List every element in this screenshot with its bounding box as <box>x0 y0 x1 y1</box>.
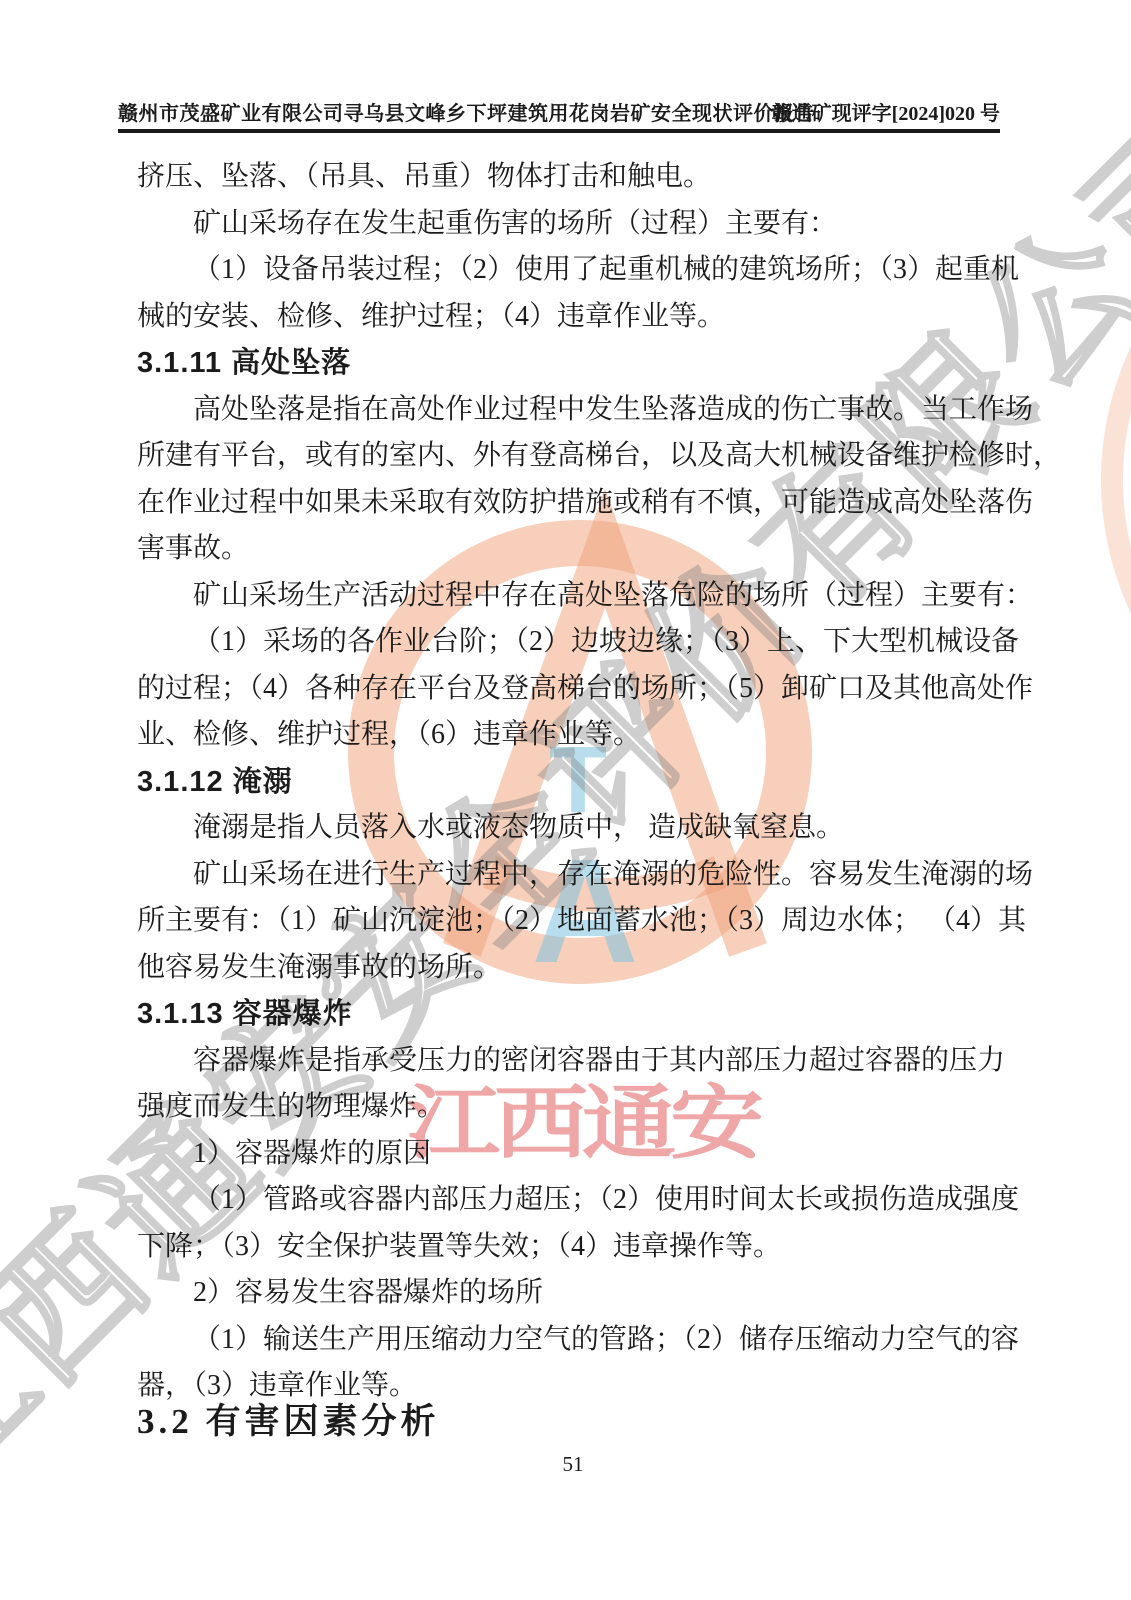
text-line: 业、检修、维护过程，（6）违章作业等。 <box>137 712 1009 758</box>
text-line: （1）管路或容器内部压力超压；（2）使用时间太长或损伤造成强度 <box>137 1177 1065 1223</box>
text-line: 挤压、坠落、（吊具、吊重）物体打击和触电。 <box>137 154 1009 200</box>
section-heading: 3.1.11 高处坠落 <box>137 340 1009 386</box>
document-page: T A 江西通安安全评价有限公司 江西通安 赣州市茂盛矿业有限公司寻乌县文峰乡下… <box>0 0 1131 1600</box>
text-line: 在作业过程中如果未采取有效防护措施或稍有不慎，可能造成高处坠落伤 <box>137 480 1009 526</box>
page-number: 51 <box>137 1452 1009 1477</box>
chapter-heading: 3.2 有害因素分析 <box>137 1394 440 1444</box>
text-line: 矿山采场生产活动过程中存在高处坠落危险的场所（过程）主要有： <box>137 573 1065 619</box>
header-rule <box>118 129 1000 133</box>
text-line: 矿山采场存在发生起重伤害的场所（过程）主要有： <box>137 201 1065 247</box>
text-line: 矿山采场在进行生产过程中，存在淹溺的危险性。容易发生淹溺的场 <box>137 852 1065 898</box>
text-line: 淹溺是指人员落入水或液态物质中， 造成缺氧窒息。 <box>137 805 1065 851</box>
text-line: 下降；（3）安全保护装置等失效；（4）违章操作等。 <box>137 1224 1009 1270</box>
text-line: 所建有平台，或有的室内、外有登高梯台，以及高大机械设备维护检修时， <box>137 433 1009 479</box>
header-doc-number: 赣通矿现评字[2024]020 号 <box>772 97 1000 126</box>
text-line: （1）设备吊装过程；（2）使用了起重机械的建筑场所；（3）起重机 <box>137 247 1065 293</box>
text-line: 高处坠落是指在高处作业过程中发生坠落造成的伤亡事故。当工作场 <box>137 387 1065 433</box>
text-line: （1）输送生产用压缩动力空气的管路；（2）储存压缩动力空气的容 <box>137 1317 1065 1363</box>
section-heading: 3.1.12 淹溺 <box>137 759 1009 805</box>
text-line: 容器爆炸是指承受压力的密闭容器由于其内部压力超过容器的压力 <box>137 1038 1065 1084</box>
text-line: 所主要有：（1）矿山沉淀池；（2）地面蓄水池；（3）周边水体； （4）其 <box>137 898 1009 944</box>
header-report-title: 赣州市茂盛矿业有限公司寻乌县文峰乡下坪建筑用花岗岩矿安全现状评价报告 <box>118 97 815 126</box>
text-line: 2）容易发生容器爆炸的场所 <box>137 1270 1065 1316</box>
section-heading: 3.1.13 容器爆炸 <box>137 991 1009 1037</box>
text-line: （1）采场的各作业台阶；（2）边坡边缘；（3）上、下大型机械设备 <box>137 619 1065 665</box>
text-line: 械的安装、检修、维护过程；（4）违章作业等。 <box>137 294 1009 340</box>
text-line: 害事故。 <box>137 526 1009 572</box>
text-line: 强度而发生的物理爆炸。 <box>137 1084 1009 1130</box>
text-line: 1）容器爆炸的原因 <box>137 1131 1065 1177</box>
text-line: 他容易发生淹溺事故的场所。 <box>137 945 1009 991</box>
text-line: 的过程；（4）各种存在平台及登高梯台的场所；（5）卸矿口及其他高处作 <box>137 666 1009 712</box>
corner-arc <box>1112 180 1131 780</box>
